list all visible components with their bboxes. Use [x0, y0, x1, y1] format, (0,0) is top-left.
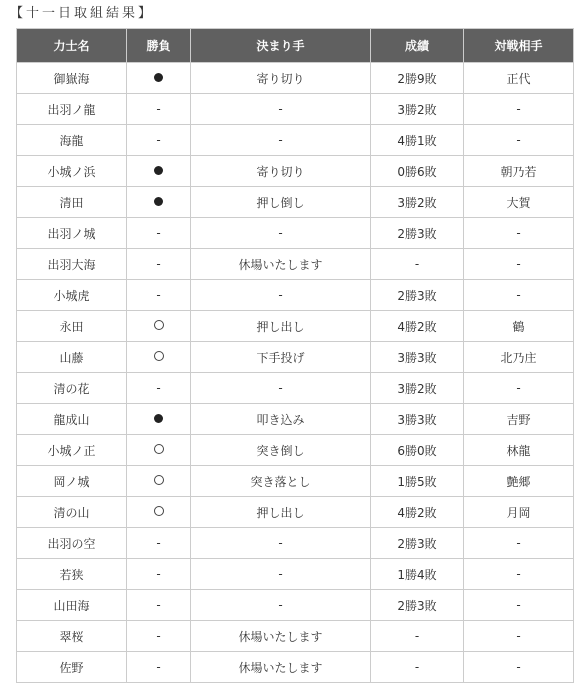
table-row: 清田押し倒し3勝2敗大賀 [17, 187, 574, 218]
opponent-cell: 林龍 [464, 435, 574, 466]
result-cell [127, 466, 191, 497]
kimarite-cell: - [191, 125, 371, 156]
table-row: 出羽ノ龍--3勝2敗- [17, 94, 574, 125]
opponent-cell: - [464, 528, 574, 559]
kimarite-cell: - [191, 280, 371, 311]
table-row: 佐野-休場いたします-- [17, 652, 574, 683]
record-cell: 3勝2敗 [371, 373, 464, 404]
opponent-cell: - [464, 621, 574, 652]
result-cell [127, 404, 191, 435]
wrestler-name-cell: 御嶽海 [17, 63, 127, 94]
record-cell: 1勝4敗 [371, 559, 464, 590]
wrestler-name-cell: 清田 [17, 187, 127, 218]
result-cell [127, 311, 191, 342]
white-circle-win-icon [154, 320, 164, 330]
table-row: 出羽の空--2勝3敗- [17, 528, 574, 559]
result-cell [127, 435, 191, 466]
result-cell [127, 187, 191, 218]
opponent-cell: - [464, 125, 574, 156]
kimarite-cell: 突き落とし [191, 466, 371, 497]
wrestler-name-cell: 永田 [17, 311, 127, 342]
white-circle-win-icon [154, 506, 164, 516]
kimarite-cell: 休場いたします [191, 249, 371, 280]
table-row: 出羽ノ城--2勝3敗- [17, 218, 574, 249]
record-cell: 3勝2敗 [371, 94, 464, 125]
opponent-cell: 正代 [464, 63, 574, 94]
kimarite-cell: 押し出し [191, 311, 371, 342]
record-cell: 2勝3敗 [371, 590, 464, 621]
table-row: 小城虎--2勝3敗- [17, 280, 574, 311]
white-circle-win-icon [154, 351, 164, 361]
opponent-cell: - [464, 590, 574, 621]
header-result: 勝負 [127, 29, 191, 63]
result-cell: - [127, 249, 191, 280]
wrestler-name-cell: 小城ノ浜 [17, 156, 127, 187]
table-row: 小城ノ正突き倒し6勝0敗林龍 [17, 435, 574, 466]
header-kimarite: 決まり手 [191, 29, 371, 63]
wrestler-name-cell: 岡ノ城 [17, 466, 127, 497]
record-cell: 3勝3敗 [371, 342, 464, 373]
result-cell: - [127, 590, 191, 621]
table-row: 清の花--3勝2敗- [17, 373, 574, 404]
opponent-cell: - [464, 559, 574, 590]
results-table: 力士名 勝負 決まり手 成績 対戦相手 御嶽海寄り切り2勝9敗正代出羽ノ龍--3… [16, 28, 574, 683]
kimarite-cell: - [191, 590, 371, 621]
wrestler-name-cell: 出羽の空 [17, 528, 127, 559]
record-cell: 2勝3敗 [371, 528, 464, 559]
kimarite-cell: - [191, 373, 371, 404]
result-cell: - [127, 218, 191, 249]
wrestler-name-cell: 山田海 [17, 590, 127, 621]
black-circle-loss-icon [154, 73, 163, 82]
record-cell: 2勝3敗 [371, 218, 464, 249]
record-cell: - [371, 249, 464, 280]
record-cell: 2勝9敗 [371, 63, 464, 94]
result-cell [127, 156, 191, 187]
wrestler-name-cell: 山藤 [17, 342, 127, 373]
kimarite-cell: - [191, 94, 371, 125]
record-cell: 4勝2敗 [371, 497, 464, 528]
record-cell: 4勝2敗 [371, 311, 464, 342]
wrestler-name-cell: 佐野 [17, 652, 127, 683]
kimarite-cell: 下手投げ [191, 342, 371, 373]
white-circle-win-icon [154, 475, 164, 485]
wrestler-name-cell: 出羽ノ龍 [17, 94, 127, 125]
table-row: 龍成山叩き込み3勝3敗吉野 [17, 404, 574, 435]
page-title: 【十一日取組結果】 [10, 6, 586, 28]
record-cell: 2勝3敗 [371, 280, 464, 311]
header-record: 成績 [371, 29, 464, 63]
opponent-cell: - [464, 94, 574, 125]
kimarite-cell: - [191, 528, 371, 559]
white-circle-win-icon [154, 444, 164, 454]
result-cell [127, 497, 191, 528]
record-cell: 3勝3敗 [371, 404, 464, 435]
wrestler-name-cell: 出羽ノ城 [17, 218, 127, 249]
table-row: 永田押し出し4勝2敗鶴 [17, 311, 574, 342]
opponent-cell: - [464, 373, 574, 404]
record-cell: 3勝2敗 [371, 187, 464, 218]
kimarite-cell: 寄り切り [191, 63, 371, 94]
result-cell [127, 342, 191, 373]
kimarite-cell: 突き倒し [191, 435, 371, 466]
wrestler-name-cell: 清の花 [17, 373, 127, 404]
kimarite-cell: 押し出し [191, 497, 371, 528]
kimarite-cell: 休場いたします [191, 652, 371, 683]
table-row: 御嶽海寄り切り2勝9敗正代 [17, 63, 574, 94]
opponent-cell: - [464, 652, 574, 683]
opponent-cell: 艶郷 [464, 466, 574, 497]
header-opponent: 対戦相手 [464, 29, 574, 63]
table-row: 出羽大海-休場いたします-- [17, 249, 574, 280]
record-cell: 4勝1敗 [371, 125, 464, 156]
record-cell: - [371, 621, 464, 652]
wrestler-name-cell: 清の山 [17, 497, 127, 528]
result-cell: - [127, 125, 191, 156]
result-cell: - [127, 652, 191, 683]
opponent-cell: - [464, 249, 574, 280]
opponent-cell: 朝乃若 [464, 156, 574, 187]
kimarite-cell: 休場いたします [191, 621, 371, 652]
wrestler-name-cell: 出羽大海 [17, 249, 127, 280]
black-circle-loss-icon [154, 197, 163, 206]
opponent-cell: 鶴 [464, 311, 574, 342]
wrestler-name-cell: 翠桜 [17, 621, 127, 652]
result-cell: - [127, 280, 191, 311]
opponent-cell: 月岡 [464, 497, 574, 528]
table-row: 岡ノ城突き落とし1勝5敗艶郷 [17, 466, 574, 497]
table-row: 小城ノ浜寄り切り0勝6敗朝乃若 [17, 156, 574, 187]
opponent-cell: 吉野 [464, 404, 574, 435]
opponent-cell: 大賀 [464, 187, 574, 218]
wrestler-name-cell: 海龍 [17, 125, 127, 156]
result-cell: - [127, 559, 191, 590]
black-circle-loss-icon [154, 414, 163, 423]
result-cell: - [127, 528, 191, 559]
wrestler-name-cell: 小城虎 [17, 280, 127, 311]
opponent-cell: - [464, 280, 574, 311]
header-wrestler-name: 力士名 [17, 29, 127, 63]
result-cell: - [127, 373, 191, 404]
wrestler-name-cell: 若狭 [17, 559, 127, 590]
table-row: 若狭--1勝4敗- [17, 559, 574, 590]
kimarite-cell: - [191, 218, 371, 249]
kimarite-cell: 寄り切り [191, 156, 371, 187]
record-cell: 0勝6敗 [371, 156, 464, 187]
kimarite-cell: 叩き込み [191, 404, 371, 435]
table-row: 清の山押し出し4勝2敗月岡 [17, 497, 574, 528]
table-row: 山田海--2勝3敗- [17, 590, 574, 621]
result-cell [127, 63, 191, 94]
wrestler-name-cell: 龍成山 [17, 404, 127, 435]
black-circle-loss-icon [154, 166, 163, 175]
wrestler-name-cell: 小城ノ正 [17, 435, 127, 466]
table-row: 海龍--4勝1敗- [17, 125, 574, 156]
kimarite-cell: 押し倒し [191, 187, 371, 218]
table-row: 翠桜-休場いたします-- [17, 621, 574, 652]
table-header-row: 力士名 勝負 決まり手 成績 対戦相手 [17, 29, 574, 63]
record-cell: 1勝5敗 [371, 466, 464, 497]
result-cell: - [127, 94, 191, 125]
table-body: 御嶽海寄り切り2勝9敗正代出羽ノ龍--3勝2敗-海龍--4勝1敗-小城ノ浜寄り切… [17, 63, 574, 683]
record-cell: - [371, 652, 464, 683]
kimarite-cell: - [191, 559, 371, 590]
opponent-cell: - [464, 218, 574, 249]
table-row: 山藤下手投げ3勝3敗北乃庄 [17, 342, 574, 373]
result-cell: - [127, 621, 191, 652]
page: 【十一日取組結果】 力士名 勝負 決まり手 成績 対戦相手 御嶽海寄り切り2勝9… [0, 0, 586, 683]
opponent-cell: 北乃庄 [464, 342, 574, 373]
record-cell: 6勝0敗 [371, 435, 464, 466]
